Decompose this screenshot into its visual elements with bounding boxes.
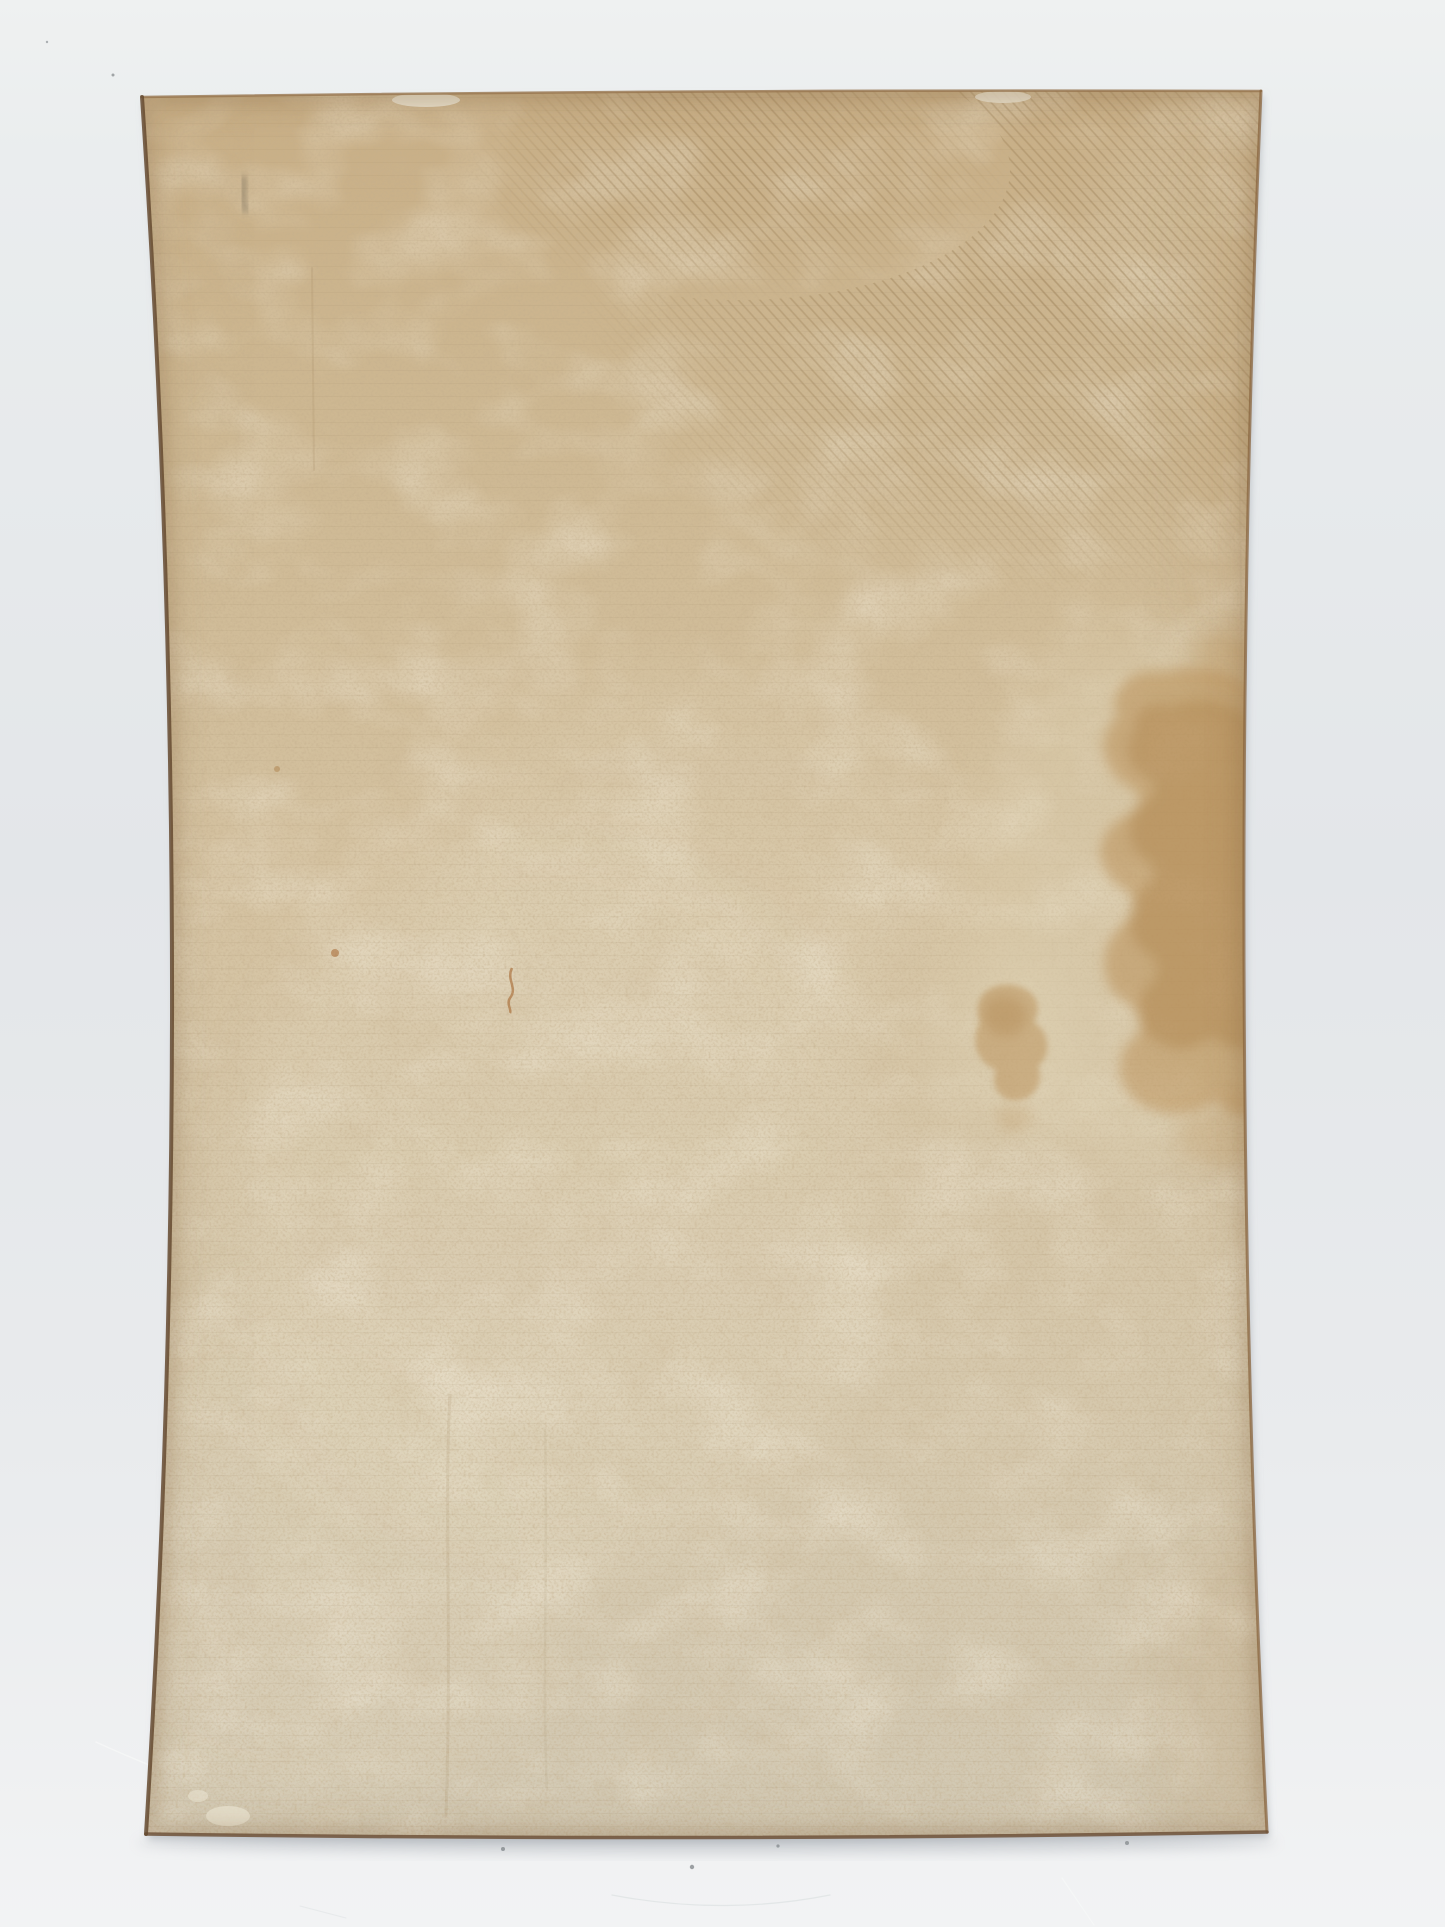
photograph-of-aged-paper [0,0,1445,1927]
dust-speck [46,41,48,43]
dust-speck [112,74,115,77]
aged-paper-sheet [20,70,1330,1860]
dust-speck [1125,1841,1129,1845]
satellite-stain-tail [997,1104,1033,1132]
edge-chip [188,1790,208,1802]
dust-speck [690,1865,694,1869]
paper-surface [20,70,1330,1860]
satellite-stain-core [983,996,1027,1036]
foxing-dot [331,949,339,957]
dust-speck [776,1844,779,1847]
dust-speck [501,1847,505,1851]
foxing-dot [274,766,280,772]
photo-canvas [0,0,1445,1927]
